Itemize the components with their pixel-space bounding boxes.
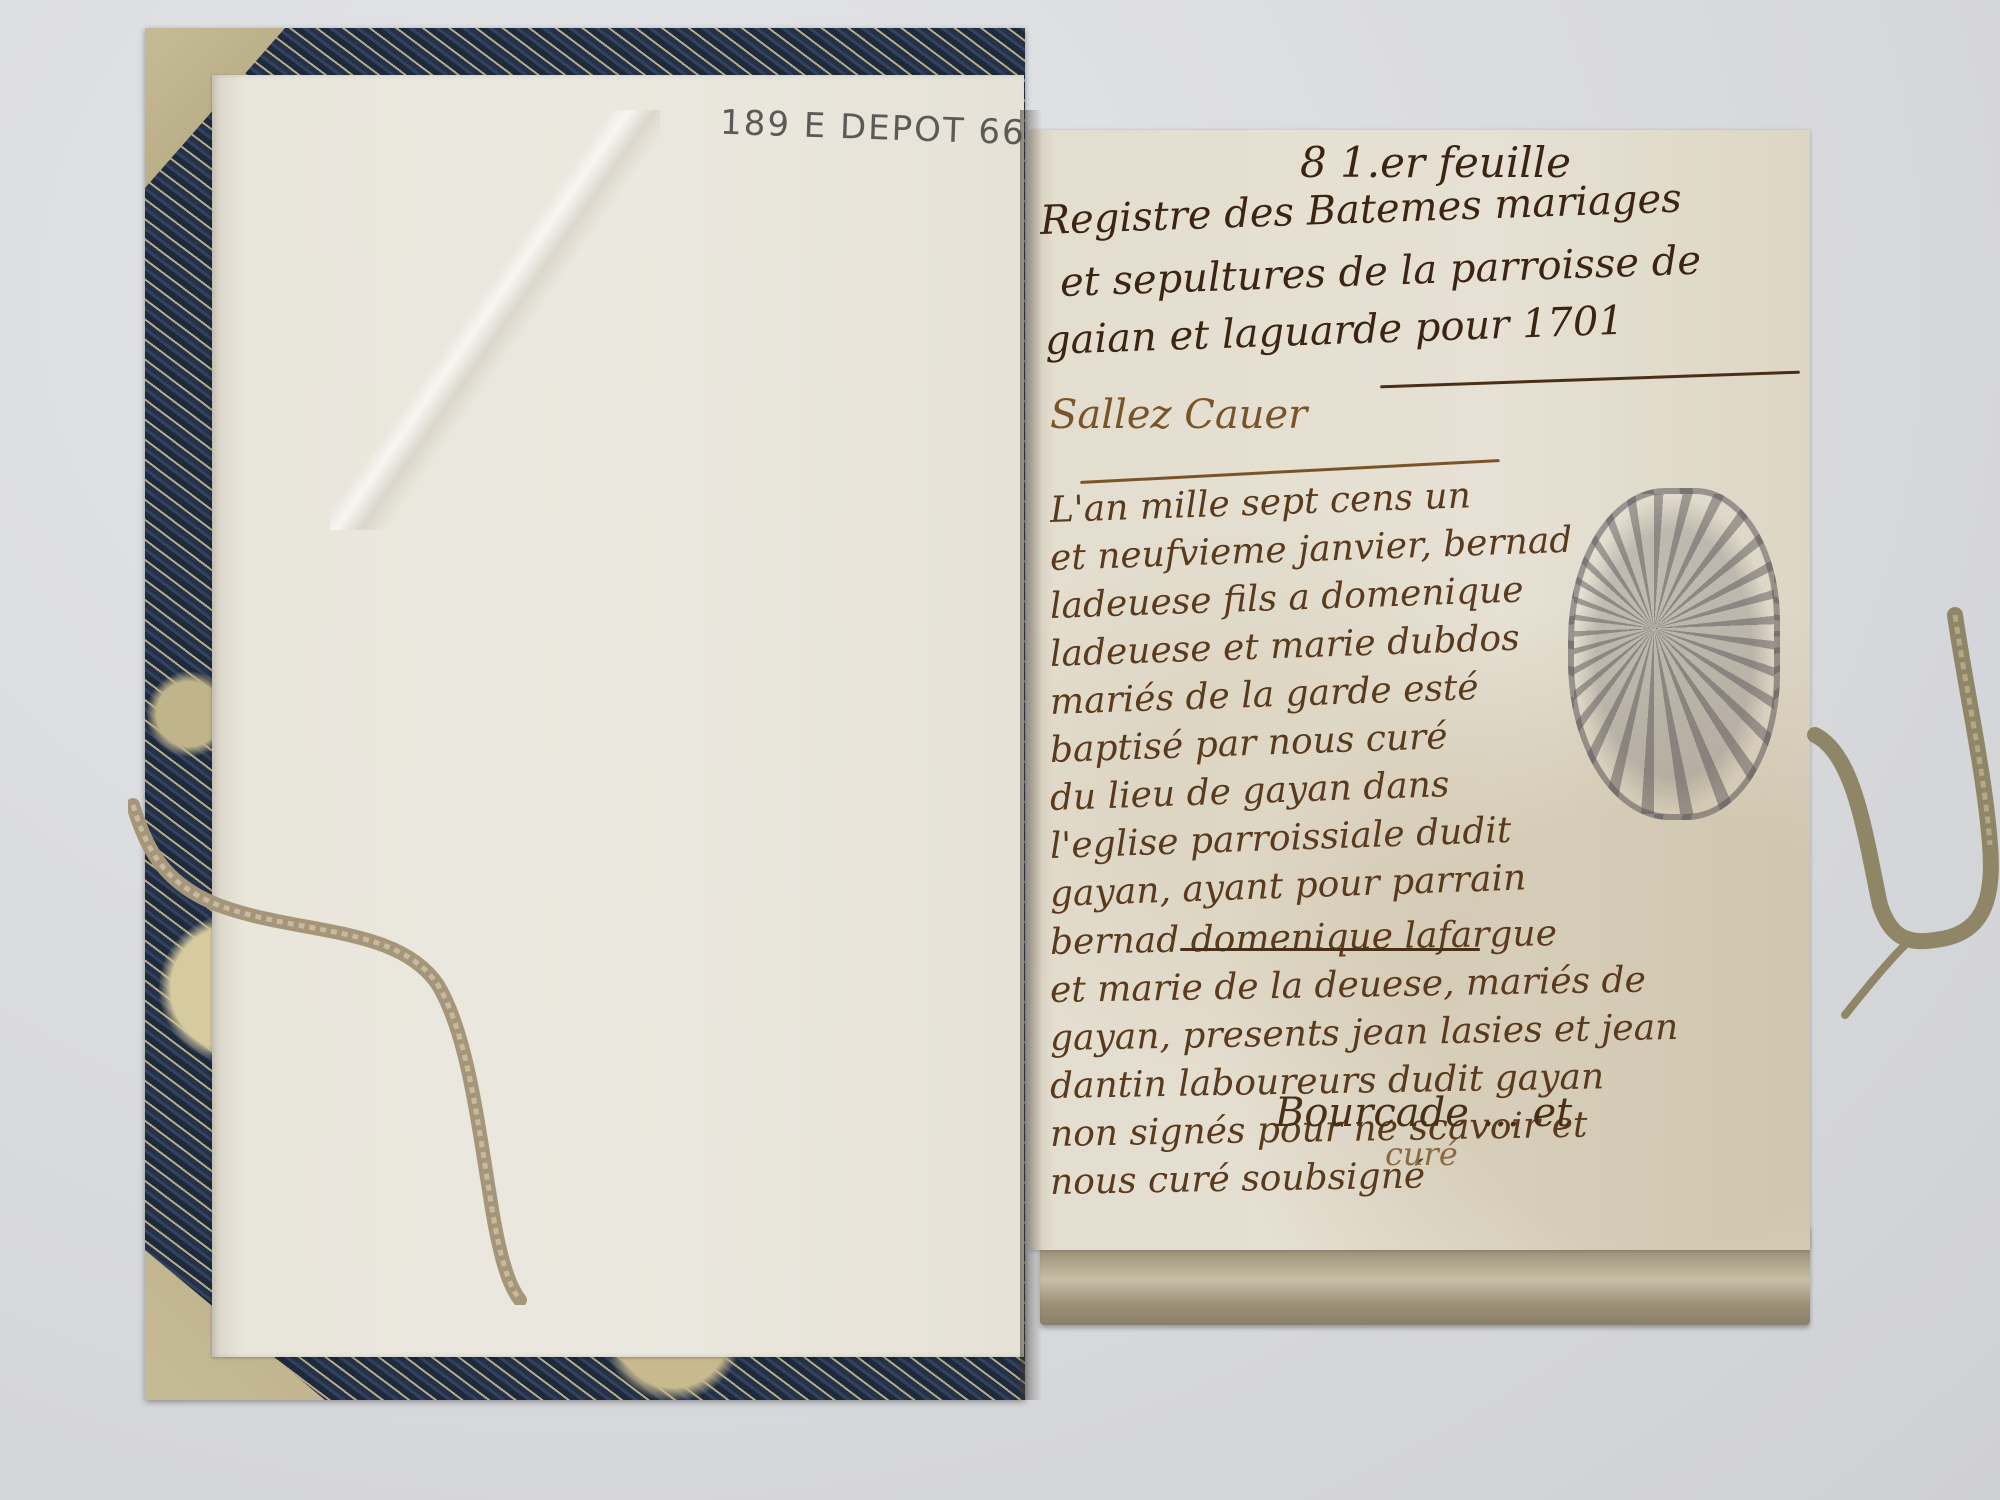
strikethrough-line <box>1180 948 1480 951</box>
entry-line: gayan, presents jean lasies et jean <box>1050 1007 1679 1059</box>
folio-note: 8 1.er feuille <box>1300 138 1571 187</box>
entry-line: ladeuese fils a domenique <box>1049 569 1524 627</box>
section-heading: Sallez Cauer <box>1050 392 1307 438</box>
entry-line-with-strikethrough: bernad domenique lafargue <box>1050 913 1558 963</box>
entry-line: nous curé soubsigné <box>1050 1155 1426 1203</box>
register-title-line-2: et sepultures de la parroisse de <box>1059 238 1702 306</box>
spine-shadow <box>1020 110 1042 1400</box>
register-title-line-1: Registre des Batemes mariages <box>1039 176 1682 244</box>
left-tie-cord-icon <box>128 795 548 1305</box>
flyleaf-crease <box>330 110 660 530</box>
title-underline <box>1380 371 1800 389</box>
entry-line: ladeuese et marie dubdos <box>1049 618 1520 675</box>
entry-line: l'eglise parroissiale dudit <box>1049 810 1512 867</box>
signature-title: curé <box>1385 1135 1458 1173</box>
right-tie-cord-icon <box>1805 605 2000 1025</box>
entry-line: mariés de la garde esté <box>1049 667 1479 723</box>
entry-line: baptisé par nous curé <box>1049 716 1448 771</box>
manuscript-text: 8 1.er feuille Registre des Batemes mari… <box>1040 130 1810 1230</box>
register-title-line-3: gaian et laguarde pour 1701 <box>1044 298 1624 364</box>
entry-line: L'an mille sept cens un <box>1049 475 1471 531</box>
entry-line: et marie de la deuese, mariés de <box>1050 960 1647 1011</box>
entry-line: du lieu de gayan dans <box>1049 764 1450 819</box>
entry-line: gayan, ayant pour parrain <box>1049 857 1527 915</box>
curate-signature: Bourcade ... et <box>1275 1090 1572 1136</box>
